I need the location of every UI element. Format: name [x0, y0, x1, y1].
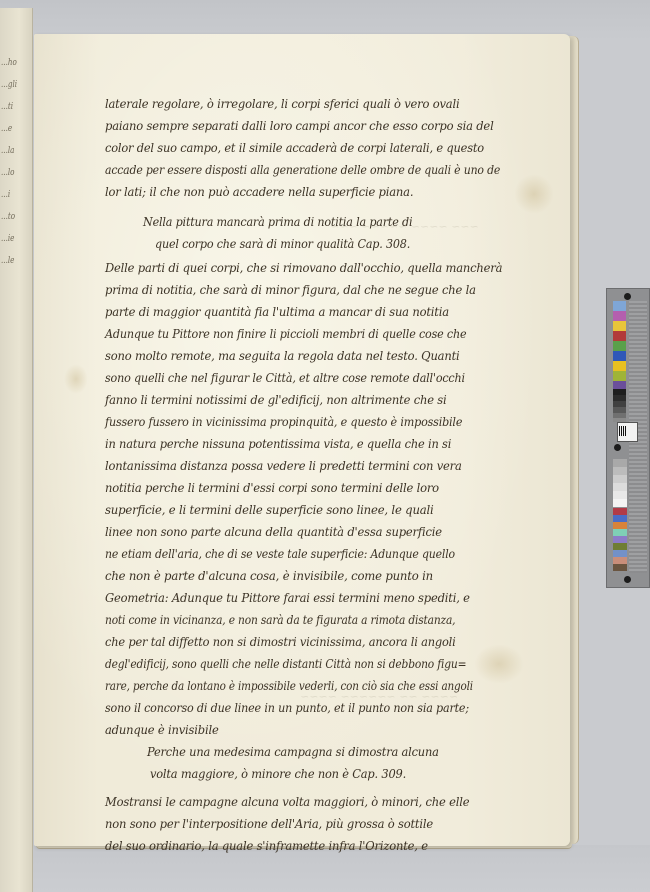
chapter-heading: Nella pittura mancarà prima di notitia l… [143, 214, 412, 229]
color-patch [613, 331, 626, 341]
color-patch [613, 341, 626, 351]
light-patch [613, 483, 627, 491]
text-line: ne etiam dell'aria, che di se veste tale… [105, 546, 455, 561]
prev-page-fragment: ...ti [1, 102, 13, 112]
prev-page-fragment: ...la [1, 146, 14, 156]
barcode-icon [619, 426, 627, 436]
text-line: superficie, e li termini delle superfici… [105, 502, 434, 517]
chapter-heading: volta maggiore, ò minore che non è Cap. … [150, 766, 406, 781]
prev-page-fragment: ...lo [1, 168, 15, 178]
color-patch [613, 550, 627, 557]
target-hole [614, 444, 621, 451]
color-patch [613, 361, 626, 371]
light-patch [613, 499, 627, 507]
prev-page-fragment: ...to [1, 212, 15, 222]
text-line: sono molto remote, ma seguita la regola … [105, 348, 460, 363]
target-hole [624, 293, 631, 300]
text-line: paiano sempre separati dalli loro campi … [105, 118, 494, 133]
prev-page-fragment: ...ho [1, 58, 17, 68]
light-patch [613, 491, 627, 499]
text-line: non sono per l'interpositione dell'Aria,… [105, 816, 433, 831]
text-line: notitia perche li termini d'essi corpi s… [105, 480, 439, 495]
prev-page-fragment: ...ie [1, 234, 14, 244]
prev-page-fragment: ...le [1, 256, 14, 266]
text-line: parte di maggior quantità fia l'ultima a… [105, 304, 449, 319]
color-patch [613, 301, 626, 311]
text-line: accade per essere disposti alla generati… [105, 162, 500, 177]
color-patch [613, 522, 627, 529]
chapter-heading: quel corpo che sarà di minor qualità Cap… [155, 236, 410, 251]
text-line: Geometria: Adunque tu Pittore farai essi… [105, 590, 470, 605]
text-line: sono quelli che nel figurar le Città, et… [105, 370, 465, 385]
text-line: laterale regolare, ò irregolare, li corp… [105, 96, 459, 111]
text-line: Mostransi le campagne alcuna volta maggi… [105, 794, 469, 809]
color-patch [613, 515, 627, 522]
text-line: Delle parti di quei corpi, che si rimova… [105, 260, 502, 275]
color-patch [613, 381, 626, 389]
text-line: degl'edificij, sono quelli che nelle dis… [105, 656, 466, 671]
text-line: color del suo campo, et il simile accade… [105, 140, 484, 155]
light-patch [613, 467, 627, 475]
color-patch [613, 557, 627, 564]
text-line: sono il concorso di due linee in un punt… [105, 700, 469, 715]
paper-stain [64, 364, 88, 394]
previous-page-edge: ...ho ...gli ...ti ...e ...la ...lo ...i… [0, 8, 33, 892]
text-line: prima di notitia, che sarà di minor figu… [105, 282, 476, 297]
color-calibration-target [606, 288, 650, 588]
paper-stain [514, 174, 554, 214]
text-line: Adunque tu Pittore non finire li picciol… [105, 326, 466, 341]
color-patch [613, 536, 627, 543]
text-line: lontanissima distanza possa vedere li pr… [105, 458, 462, 473]
text-line: che non è parte d'alcuna cosa, è invisib… [105, 568, 433, 583]
color-patch [613, 351, 626, 361]
color-patch [613, 508, 627, 515]
color-patch [613, 529, 627, 536]
prev-page-fragment: ...gli [1, 80, 17, 90]
text-line: del suo ordinario, la quale s'inframette… [105, 838, 428, 853]
light-patch [613, 475, 627, 483]
color-patch [613, 543, 627, 550]
text-line: lor lati; il che non può accadere nella … [105, 184, 413, 199]
prev-page-fragment: ...e [1, 124, 12, 134]
color-patch [613, 321, 626, 331]
text-line: rare, perche da lontano è impossibile ve… [105, 678, 473, 693]
color-patch [613, 311, 626, 321]
target-hole [624, 576, 631, 583]
color-patch [613, 371, 626, 381]
text-line: linee non sono parte alcuna della quanti… [105, 524, 442, 539]
light-patch [613, 459, 627, 467]
prev-page-fragment: ...i [1, 190, 10, 200]
text-line: fussero fussero in vicinissima propinqui… [105, 414, 462, 429]
text-line: noti come in vicinanza, e non sarà da te… [105, 612, 455, 627]
text-line: in natura perche nissuna potentissima vi… [105, 436, 451, 451]
text-line: fanno li termini notissimi de gl'edifici… [105, 392, 447, 407]
text-line: adunque è invisibile [105, 722, 219, 737]
text-line: che per tal diffetto non si dimostri vic… [105, 634, 456, 649]
color-patch [613, 564, 627, 571]
chapter-heading: Perche una medesima campagna si dimostra… [147, 744, 439, 759]
paper-stain [474, 644, 524, 684]
